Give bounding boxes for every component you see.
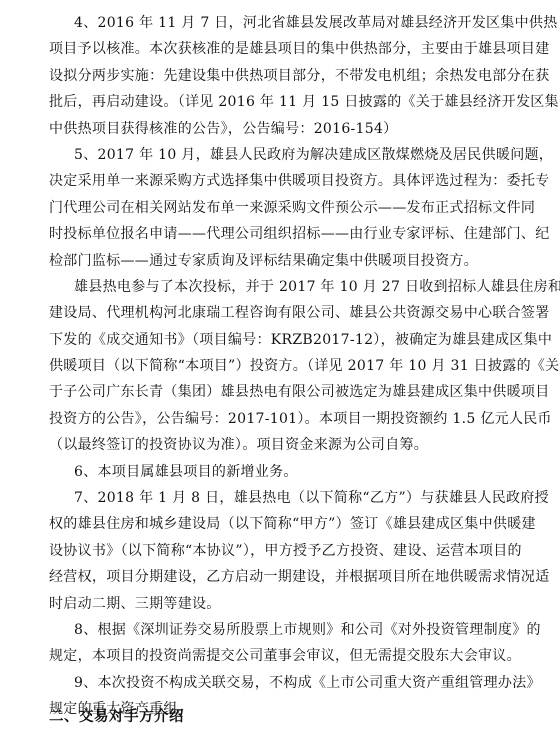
text-line: 项目予以核准。本次获核准的是雄县项目的集中供热部分，主要由于雄县项目建 xyxy=(49,36,493,62)
paragraph-item-4: 4、2016 年 11 月 7 日，河北省雄县发展改革局对雄县经济开发区集中供热… xyxy=(49,10,493,142)
text-line: 于子公司广东长青（集团）雄县热电有限公司被选定为雄县建成区集中供暖项目 xyxy=(49,379,493,405)
text-line: 时启动二期、三期等建设。 xyxy=(49,591,493,617)
text-line: 9、本次投资不构成关联交易，不构成《上市公司重大资产重组管理办法》 xyxy=(49,670,493,696)
text-line: （以最终签订的投资协议为准）。项目资金来源为公司自筹。 xyxy=(49,432,493,458)
paragraph-item-6: 6、本项目属雄县项目的新增业务。 xyxy=(49,459,493,485)
text-line: 投资方的公告》，公告编号：2017-101）。本项目一期投资额约 1.5 亿元人… xyxy=(49,406,493,432)
text-line: 中供热项目获得核准的公告》，公告编号：2016-154） xyxy=(49,116,493,142)
text-line: 门代理公司在相关网站发布单一来源采购文件预公示——发布正式招标文件同 xyxy=(49,195,493,221)
text-line: 检部门监标——通过专家质询及评标结果确定集中供暖项目投资方。 xyxy=(49,248,493,274)
text-line: 决定采用单一来源采购方式选择集中供暖项目投资方。具体评选过程为：委托专 xyxy=(49,168,493,194)
text-line: 雄县热电参与了本次投标，并于 2017 年 10 月 27 日收到招标人雄县住房… xyxy=(49,274,493,300)
text-line: 4、2016 年 11 月 7 日，河北省雄县发展改革局对雄县经济开发区集中供热 xyxy=(49,10,493,36)
text-line: 8、根据《深圳证券交易所股票上市规则》和公司《对外投资管理制度》的 xyxy=(49,617,493,643)
paragraph-item-7: 7、2018 年 1 月 8 日，雄县热电（以下简称“乙方”）与获雄县人民政府授… xyxy=(49,485,493,617)
paragraph-item-5-bid: 雄县热电参与了本次投标，并于 2017 年 10 月 27 日收到招标人雄县住房… xyxy=(49,274,493,459)
text-line: 供暖项目（以下简称“本项目”）投资方。（详见 2017 年 10 月 31 日披… xyxy=(49,353,493,379)
text-line: 设拟分两步实施：先建设集中供热项目部分，不带发电机组；余热发电部分在获 xyxy=(49,63,493,89)
paragraph-item-8: 8、根据《深圳证券交易所股票上市规则》和公司《对外投资管理制度》的 规定，本项目… xyxy=(49,617,493,670)
section-heading: 二、交易对手方介绍 xyxy=(49,705,184,729)
text-line: 5、2017 年 10 月，雄县人民政府为解决建成区散煤燃烧及居民供暖问题， xyxy=(49,142,493,168)
paragraph-item-5: 5、2017 年 10 月，雄县人民政府为解决建成区散煤燃烧及居民供暖问题， 决… xyxy=(49,142,493,274)
document-body: 4、2016 年 11 月 7 日，河北省雄县发展改革局对雄县经济开发区集中供热… xyxy=(49,10,493,723)
text-line: 建设局、代理机构河北康瑞工程咨询有限公司、雄县公共资源交易中心联合签署 xyxy=(49,300,493,326)
text-line: 下发的《成交通知书》（项目编号：KRZB2017-12），被确定为雄县建成区集中 xyxy=(49,327,493,353)
text-line: 权的雄县住房和城乡建设局（以下简称“甲方”）签订《雄县建成区集中供暖建 xyxy=(49,511,493,537)
text-line: 时投标单位报名申请——代理公司组织招标——由行业专家评标、住建部门、纪 xyxy=(49,221,493,247)
text-line: 6、本项目属雄县项目的新增业务。 xyxy=(49,459,493,485)
text-line: 规定，本项目的投资尚需提交公司董事会审议，但无需提交股东大会审议。 xyxy=(49,643,493,669)
text-line: 批后，再启动建设。（详见 2016 年 11 月 15 日披露的《关于雄县经济开… xyxy=(49,89,493,115)
text-line: 设协议书》（以下简称“本协议”），甲方授予乙方投资、建设、运营本项目的 xyxy=(49,538,493,564)
text-line: 经营权，项目分期建设，乙方启动一期建设，并根据项目所在地供暖需求情况适 xyxy=(49,564,493,590)
text-line: 7、2018 年 1 月 8 日，雄县热电（以下简称“乙方”）与获雄县人民政府授 xyxy=(49,485,493,511)
